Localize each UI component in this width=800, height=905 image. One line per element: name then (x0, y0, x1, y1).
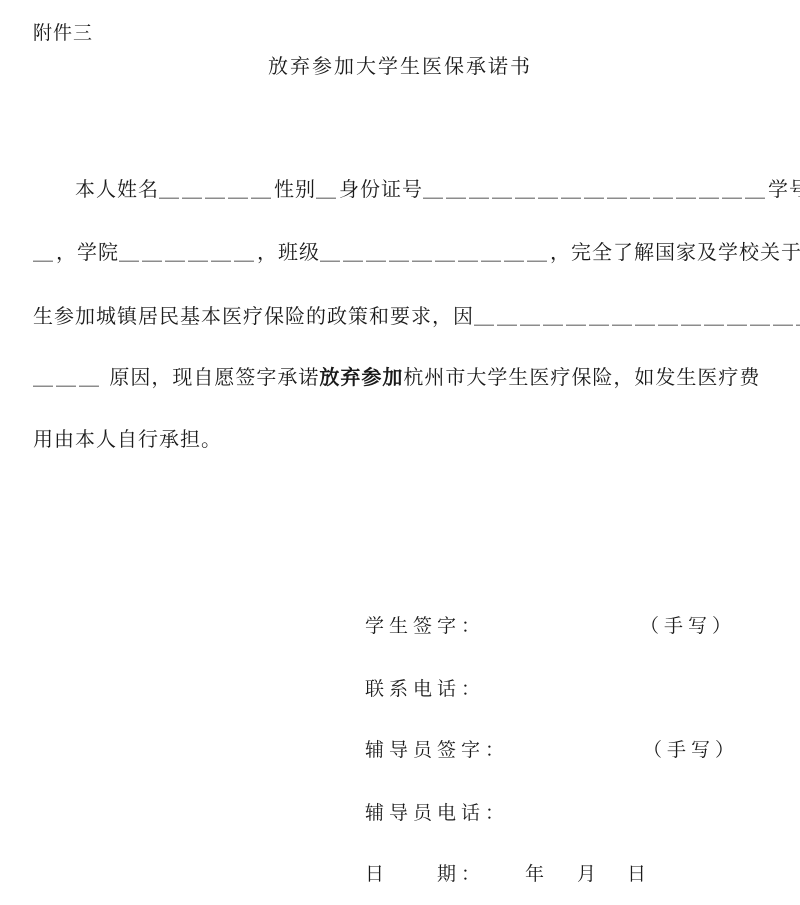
body-text: 生参加城镇居民基本医疗保险的政策和要求，因 (33, 304, 474, 328)
reason-blank-continued[interactable]: ＿＿＿ (33, 365, 102, 389)
counselor-phone-label: 辅导员电话： (365, 799, 509, 827)
class-blank-field[interactable]: ＿＿＿＿＿＿＿＿＿＿ (320, 240, 550, 264)
college-label: ，学院 (56, 240, 119, 264)
student-number-blank-continued[interactable]: ＿ (33, 240, 56, 264)
gender-label: 性别 (274, 177, 316, 201)
body-line-1: 本人姓名＿＿＿＿＿性别＿身份证号＿＿＿＿＿＿＿＿＿＿＿＿＿＿＿学号＿＿＿＿ (33, 175, 778, 203)
annex-label: 附件三 (33, 18, 93, 45)
date-day-label: 日 (627, 860, 651, 888)
body-text: 原因，现自愿签字承诺 (102, 365, 319, 389)
college-blank-field[interactable]: ＿＿＿＿＿＿ (119, 240, 257, 264)
date-year-label: 年 (525, 860, 549, 888)
contact-phone-label: 联系电话： (365, 675, 485, 703)
id-number-label: 身份证号 (339, 177, 423, 201)
name-blank-field[interactable]: ＿＿＿＿＿ (159, 177, 274, 201)
body-text: ，完全了解国家及学校关于大学 (550, 240, 800, 264)
counselor-signature-handwrite-note: （手写） (643, 736, 739, 764)
body-line-5: 用由本人自行承担。 (33, 425, 778, 453)
name-label: 本人姓名 (75, 177, 159, 201)
id-number-blank-field[interactable]: ＿＿＿＿＿＿＿＿＿＿＿＿＿＿＿ (423, 177, 768, 201)
body-line-3: 生参加城镇居民基本医疗保险的政策和要求，因＿＿＿＿＿＿＿＿＿＿＿＿＿＿＿ (33, 302, 778, 330)
date-label: 日 期： (365, 860, 485, 888)
class-label: ，班级 (257, 240, 320, 264)
counselor-signature-label: 辅导员签字： (365, 736, 509, 764)
document-title: 放弃参加大学生医保承诺书 (0, 50, 800, 79)
body-line-2: ＿，学院＿＿＿＿＿＿，班级＿＿＿＿＿＿＿＿＿＿，完全了解国家及学校关于大学 (33, 238, 778, 266)
indent (33, 177, 75, 201)
body-text: 用由本人自行承担。 (33, 427, 222, 451)
body-text: 杭州市大学生医疗保险，如发生医疗费 (403, 365, 760, 389)
emphasis-text: 放弃参加 (319, 365, 403, 389)
date-month-label: 月 (577, 860, 601, 888)
body-line-4: ＿＿＿ 原因，现自愿签字承诺放弃参加杭州市大学生医疗保险，如发生医疗费 (33, 363, 778, 391)
reason-blank-field[interactable]: ＿＿＿＿＿＿＿＿＿＿＿＿＿＿＿ (474, 304, 800, 328)
gender-blank-field[interactable]: ＿ (316, 177, 339, 201)
student-signature-handwrite-note: （手写） (640, 612, 736, 640)
student-signature-label: 学生签字： (365, 612, 485, 640)
student-number-label: 学号 (768, 177, 800, 201)
